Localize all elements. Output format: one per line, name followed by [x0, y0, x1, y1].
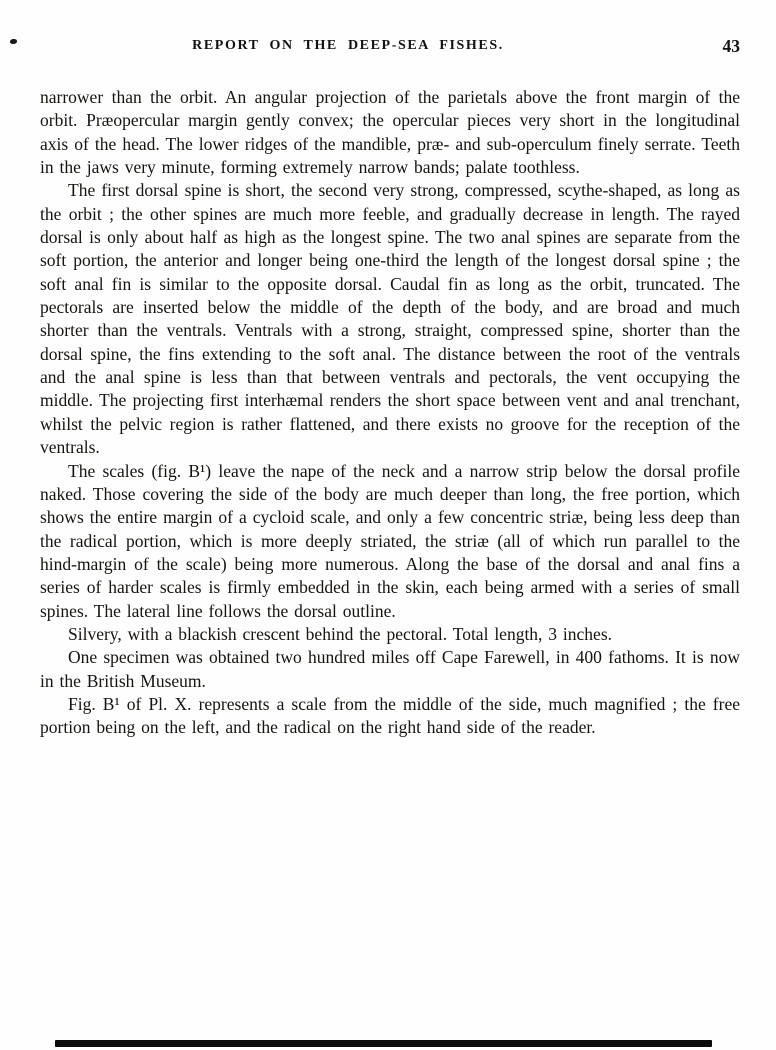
paragraph-continuation: narrower than the orbit. An angular proj… — [40, 86, 740, 179]
ink-speck — [10, 39, 17, 44]
paragraph-figure-note: Fig. B¹ of Pl. X. represents a scale fro… — [40, 693, 740, 740]
paragraph-specimen: One specimen was obtained two hundred mi… — [40, 646, 740, 693]
page-body: narrower than the orbit. An angular proj… — [40, 86, 740, 740]
paragraph-coloration: Silvery, with a blackish crescent behind… — [40, 623, 740, 646]
paragraph-scales: The scales (fig. B¹) leave the nape of t… — [40, 460, 740, 623]
page-number: 43 — [723, 36, 741, 57]
page-header: REPORT ON THE DEEP-SEA FISHES. 43 — [40, 38, 740, 60]
document-page: REPORT ON THE DEEP-SEA FISHES. 43 narrow… — [0, 0, 776, 1050]
scan-artifact-bar — [55, 1040, 712, 1047]
running-title: REPORT ON THE DEEP-SEA FISHES. — [192, 38, 504, 54]
paragraph-dorsal-spines: The first dorsal spine is short, the sec… — [40, 179, 740, 459]
